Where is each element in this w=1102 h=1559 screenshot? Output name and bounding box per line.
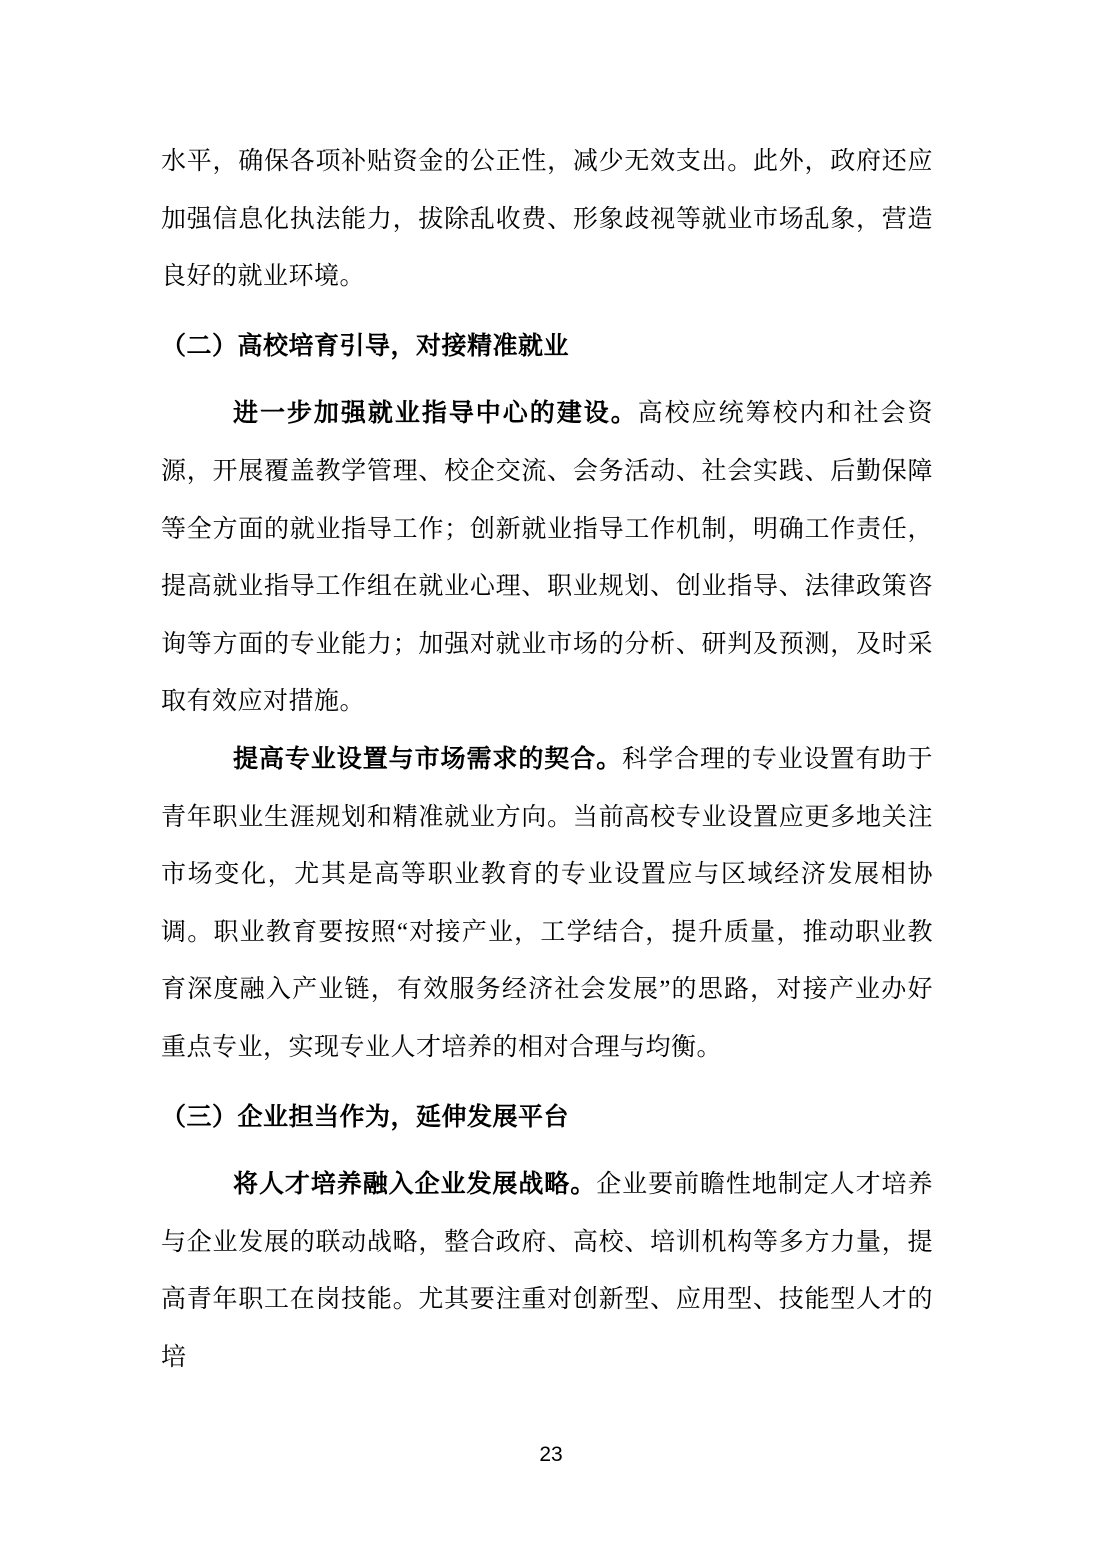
paragraph-lead-bold: 提高专业设置与市场需求的契合。 xyxy=(233,746,622,773)
page-content: 水平，确保各项补贴资金的公正性，减少无效支出。此外，政府还应加强信息化执法能力，… xyxy=(161,133,933,1386)
page-footer: 23 xyxy=(0,1441,1102,1469)
paragraph-body: 企业要前瞻性地制定人才培养与企业发展的联动战略，整合政府、高校、培训机构等多方力… xyxy=(161,1171,933,1371)
paragraph: 将人才培养融入企业发展战略。企业要前瞻性地制定人才培养与企业发展的联动战略，整合… xyxy=(161,1156,933,1386)
paragraph: 提高专业设置与市场需求的契合。科学合理的专业设置有助于青年职业生涯规划和精准就业… xyxy=(161,731,933,1077)
page-number: 23 xyxy=(539,1443,562,1466)
section-heading-3: （三）企业担当作为，延伸发展平台 xyxy=(161,1089,933,1147)
paragraph: 进一步加强就业指导中心的建设。高校应统筹校内和社会资源，开展覆盖教学管理、校企交… xyxy=(161,385,933,731)
paragraph-lead-bold: 将人才培养融入企业发展战略。 xyxy=(233,1171,596,1198)
paragraph-continued-from-previous-page: 水平，确保各项补贴资金的公正性，减少无效支出。此外，政府还应加强信息化执法能力，… xyxy=(161,133,933,306)
section-heading-2: （二）高校培育引导，对接精准就业 xyxy=(161,318,933,376)
document-page: 水平，确保各项补贴资金的公正性，减少无效支出。此外，政府还应加强信息化执法能力，… xyxy=(0,0,1102,1559)
paragraph-body: 科学合理的专业设置有助于青年职业生涯规划和精准就业方向。当前高校专业设置应更多地… xyxy=(161,746,933,1061)
paragraph-body: 高校应统筹校内和社会资源，开展覆盖教学管理、校企交流、会务活动、社会实践、后勤保… xyxy=(161,400,933,715)
paragraph-lead-bold: 进一步加强就业指导中心的建设。 xyxy=(233,400,638,427)
